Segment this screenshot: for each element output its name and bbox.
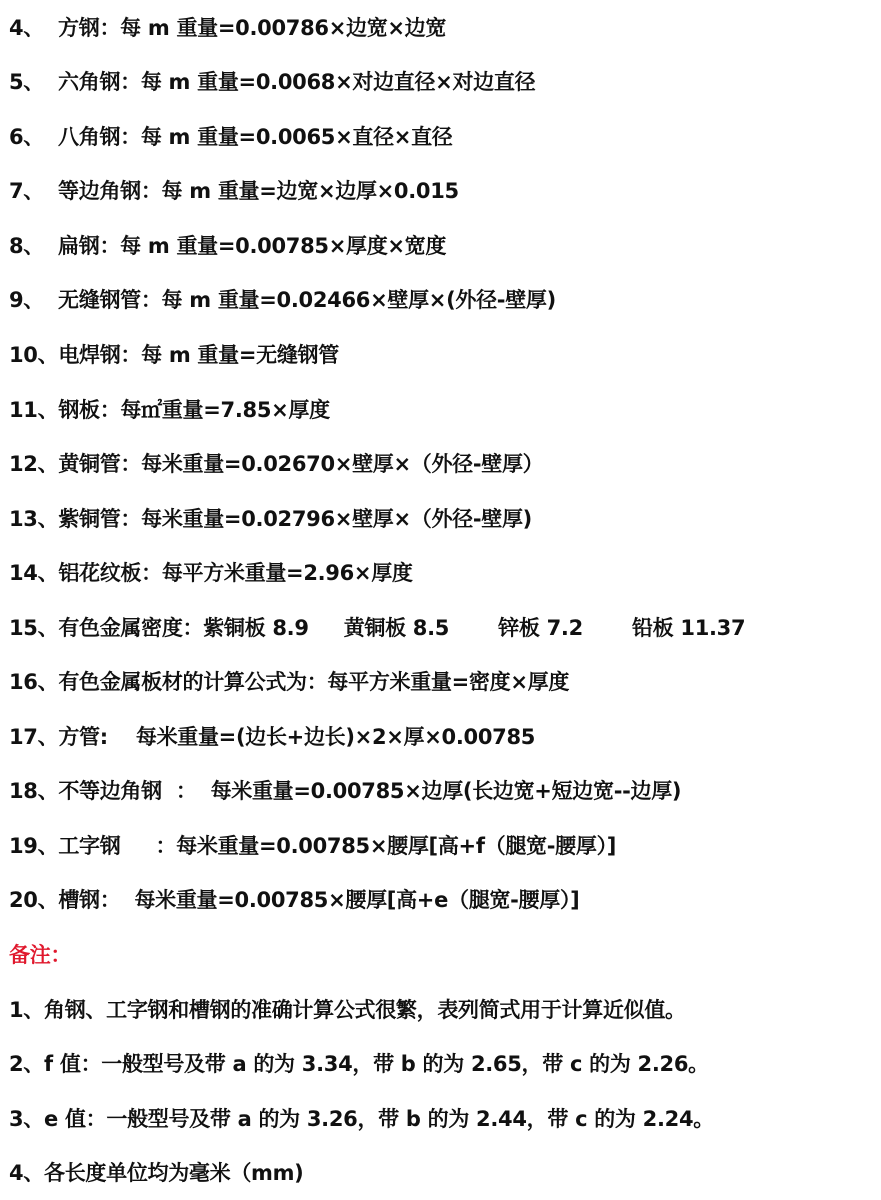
formula-text: 有色金属板材的计算公式为：每平方米重量=密度×厚度 [58,670,569,694]
formula-line: 7、 等边角钢：每 m 重量=边宽×边厚×0.015 [9,177,459,205]
formula-line: 16、有色金属板材的计算公式为：每平方米重量=密度×厚度 [9,668,569,696]
item-number: 10、 [9,343,58,367]
note-line: 1、角钢、工字钢和槽钢的准确计算公式很繁，表列简式用于计算近似值。 [9,996,686,1024]
item-number: 19、 [9,834,58,858]
formula-line: 5、 六角钢：每 m 重量=0.0068×对边直径×对边直径 [9,68,535,96]
formula-line: 4、 方钢：每 m 重量=0.00786×边宽×边宽 [9,14,446,42]
formula-text: 无缝钢管：每 m 重量=0.02466×壁厚×(外径-壁厚) [58,288,556,312]
formula-text: 电焊钢：每 m 重量=无缝钢管 [58,343,339,367]
formula-text: 六角钢：每 m 重量=0.0068×对边直径×对边直径 [58,70,535,94]
item-number: 6、 [9,125,58,149]
item-number: 18、 [9,779,58,803]
notes-heading: 备注： [9,941,71,969]
formula-text: 钢板：每㎡重量=7.85×厚度 [58,398,330,422]
note-text: 角钢、工字钢和槽钢的准确计算公式很繁，表列简式用于计算近似值。 [44,998,686,1022]
formula-line: 8、 扁钢：每 m 重量=0.00785×厚度×宽度 [9,232,446,260]
formula-text: 槽钢： 每米重量=0.00785×腰厚[高+e（腿宽-腰厚）] [58,888,579,912]
formula-text: 黄铜管：每米重量=0.02670×壁厚×（外径-壁厚） [58,452,543,476]
formula-text: 等边角钢：每 m 重量=边宽×边厚×0.015 [58,179,459,203]
formula-text: 方管: 每米重量=(边长+边长)×2×厚×0.00785 [58,725,535,749]
formula-text: 扁钢：每 m 重量=0.00785×厚度×宽度 [58,234,446,258]
formula-line: 17、方管: 每米重量=(边长+边长)×2×厚×0.00785 [9,723,535,751]
formula-line: 12、黄铜管：每米重量=0.02670×壁厚×（外径-壁厚） [9,450,543,478]
formula-text: 铝花纹板：每平方米重量=2.96×厚度 [58,561,412,585]
item-number: 8、 [9,234,58,258]
note-text: f 值：一般型号及带 a 的为 3.34，带 b 的为 2.65，带 c 的为 … [44,1052,709,1076]
item-number: 7、 [9,179,58,203]
item-number: 4、 [9,16,58,40]
density-line: 15、有色金属密度：紫铜板 8.9 黄铜板 8.5 锌板 7.2 铅板 11.3… [9,614,745,642]
formula-text: 方钢：每 m 重量=0.00786×边宽×边宽 [58,16,446,40]
item-number: 11、 [9,398,58,422]
note-text: e 值：一般型号及带 a 的为 3.26，带 b 的为 2.44，带 c 的为 … [44,1107,714,1131]
item-number: 9、 [9,288,58,312]
item-number: 4、 [9,1161,44,1185]
item-number: 20、 [9,888,58,912]
item-number: 14、 [9,561,58,585]
item-number: 3、 [9,1107,44,1131]
formula-text: 有色金属密度：紫铜板 8.9 黄铜板 8.5 锌板 7.2 铅板 11.37 [58,616,745,640]
note-line: 2、f 值：一般型号及带 a 的为 3.34，带 b 的为 2.65，带 c 的… [9,1050,709,1078]
item-number: 1、 [9,998,44,1022]
formula-line: 6、 八角钢：每 m 重量=0.0065×直径×直径 [9,123,452,151]
item-number: 16、 [9,670,58,694]
formula-text: 工字钢 ：每米重量=0.00785×腰厚[高+f（腿宽-腰厚）] [58,834,616,858]
item-number: 15、 [9,616,58,640]
item-number: 5、 [9,70,58,94]
formula-text: 八角钢：每 m 重量=0.0065×直径×直径 [58,125,452,149]
formula-line: 14、铝花纹板：每平方米重量=2.96×厚度 [9,559,413,587]
formula-line: 18、不等边角钢 ： 每米重量=0.00785×边厚(长边宽+短边宽--边厚) [9,777,681,805]
item-number: 12、 [9,452,58,476]
formula-line: 11、钢板：每㎡重量=7.85×厚度 [9,396,330,424]
note-text: 各长度单位均为毫米（mm) [44,1161,303,1185]
formula-line: 13、紫铜管：每米重量=0.02796×壁厚×（外径-壁厚) [9,505,532,533]
formula-line: 10、电焊钢：每 m 重量=无缝钢管 [9,341,339,369]
formula-line: 19、工字钢 ：每米重量=0.00785×腰厚[高+f（腿宽-腰厚）] [9,832,616,860]
item-number: 13、 [9,507,58,531]
formula-text: 紫铜管：每米重量=0.02796×壁厚×（外径-壁厚) [58,507,532,531]
note-line: 3、e 值：一般型号及带 a 的为 3.26，带 b 的为 2.44，带 c 的… [9,1105,714,1133]
formula-line: 9、 无缝钢管：每 m 重量=0.02466×壁厚×(外径-壁厚) [9,286,556,314]
formula-text: 不等边角钢 ： 每米重量=0.00785×边厚(长边宽+短边宽--边厚) [58,779,681,803]
note-line: 4、各长度单位均为毫米（mm) [9,1159,303,1187]
item-number: 2、 [9,1052,44,1076]
formula-line: 20、槽钢： 每米重量=0.00785×腰厚[高+e（腿宽-腰厚）] [9,886,579,914]
item-number: 17、 [9,725,58,749]
